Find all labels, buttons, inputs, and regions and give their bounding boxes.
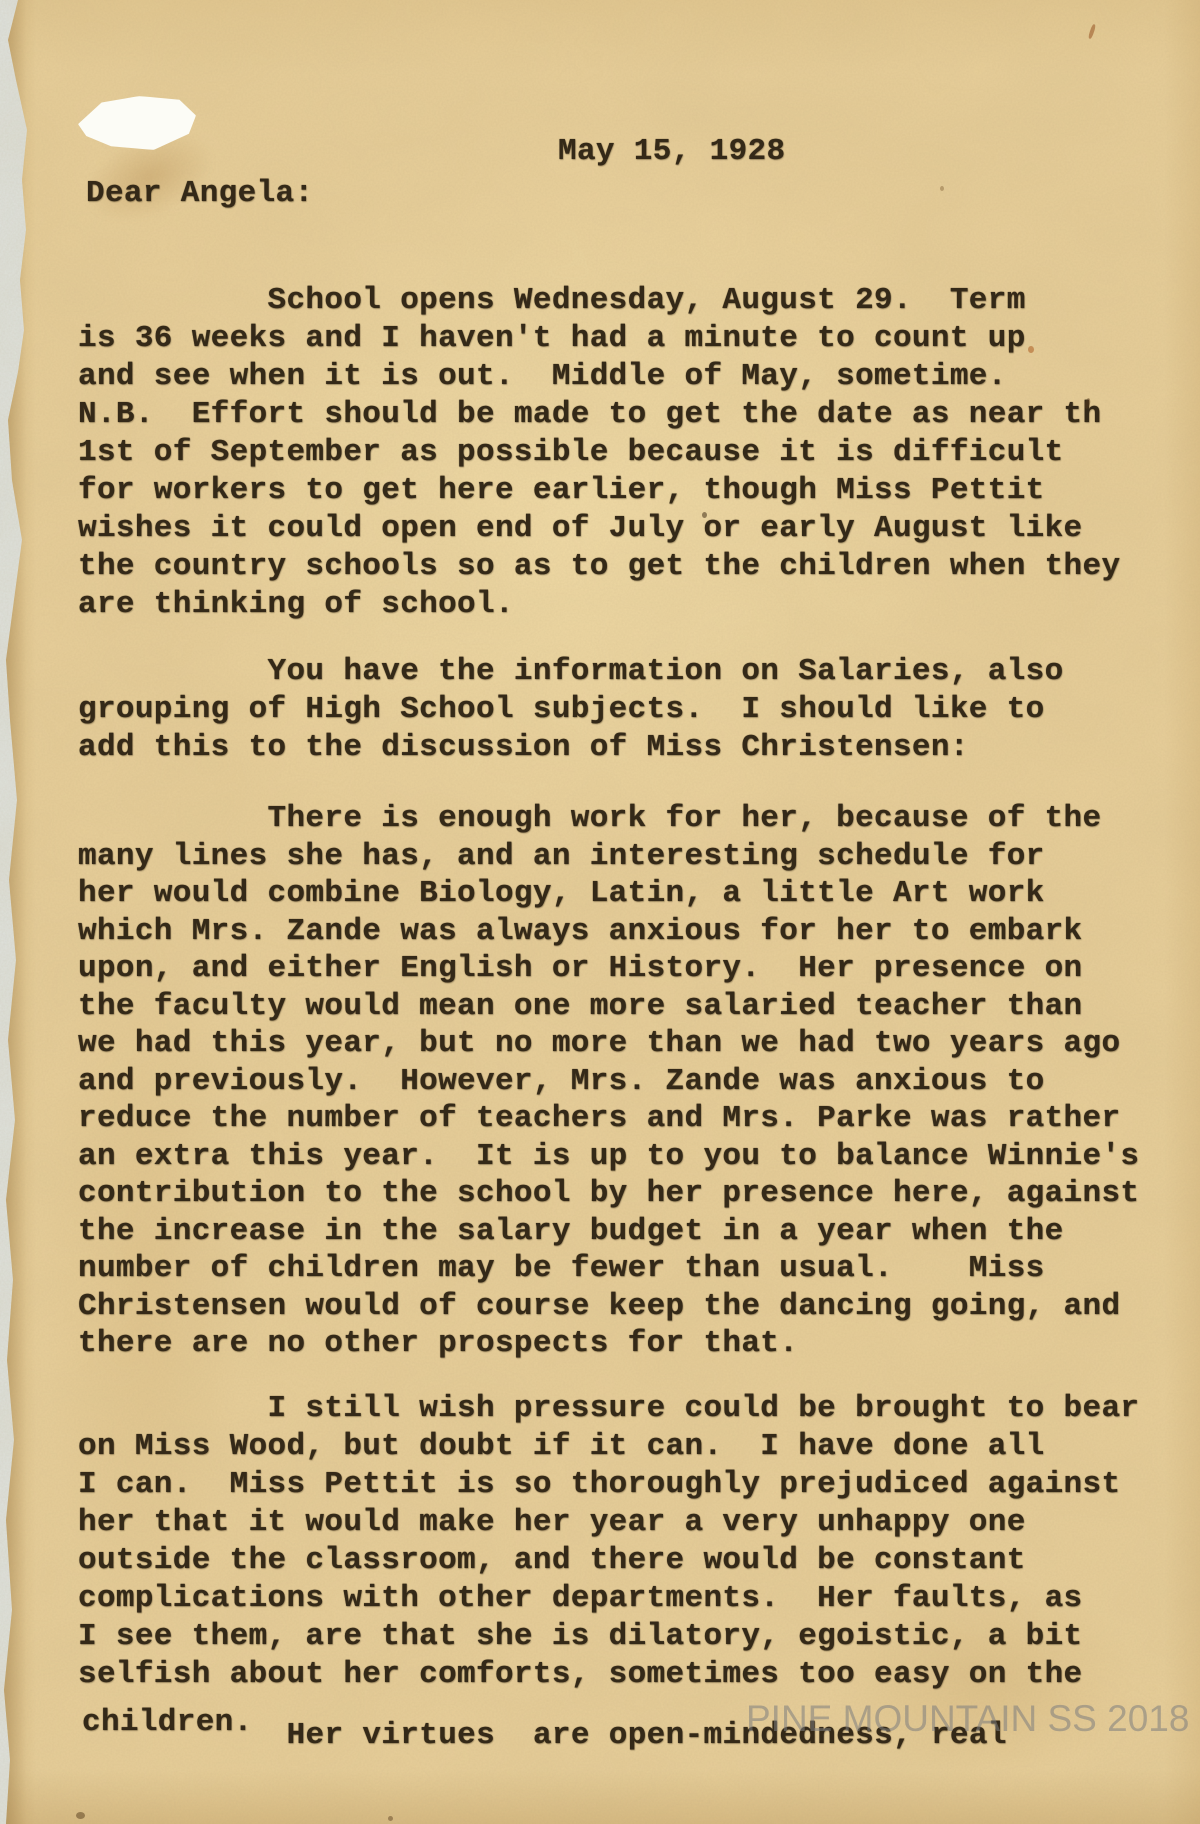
salutation: Dear Angela: (86, 176, 313, 211)
typed-line: her would combine Biology, Latin, a litt… (78, 875, 1139, 913)
typed-line: 1st of September as possible because it … (78, 434, 1120, 472)
typed-line: Christensen would of course keep the dan… (78, 1288, 1139, 1326)
typed-line: I see them, are that she is dilatory, eg… (78, 1618, 1139, 1656)
typed-line: the increase in the salary budget in a y… (78, 1213, 1139, 1251)
typed-line: the country schools so as to get the chi… (78, 548, 1120, 586)
ink-speck (702, 512, 707, 518)
typed-line: wishes it could open end of July or earl… (78, 510, 1120, 548)
typed-line: reduce the number of teachers and Mrs. P… (78, 1100, 1139, 1138)
typed-line: for workers to get here earlier, though … (78, 472, 1120, 510)
typed-line: There is enough work for her, because of… (78, 800, 1139, 838)
paragraph-1: School opens Wednesday, August 29. Termi… (78, 282, 1120, 624)
typed-line: add this to the discussion of Miss Chris… (78, 729, 1064, 767)
paragraph-3: There is enough work for her, because of… (78, 800, 1139, 1363)
typed-line: is 36 weeks and I haven't had a minute t… (78, 320, 1120, 358)
typed-line: You have the information on Salaries, al… (78, 653, 1064, 691)
paragraph-4: I still wish pressure could be brought t… (78, 1390, 1139, 1694)
ink-speck (1028, 346, 1034, 353)
typed-line: upon, and either English or History. Her… (78, 950, 1139, 988)
typed-line: I can. Miss Pettit is so thoroughly prej… (78, 1466, 1139, 1504)
typed-line: on Miss Wood, but doubt if it can. I hav… (78, 1428, 1139, 1466)
scanned-letter: May 15, 1928 Dear Angela: School opens W… (0, 0, 1200, 1824)
paper-fleck (388, 1816, 393, 1821)
typed-line: N.B. Effort should be made to get the da… (78, 396, 1120, 434)
paragraph-2: You have the information on Salaries, al… (78, 653, 1064, 767)
letter-date: May 15, 1928 (558, 134, 785, 169)
typed-line: grouping of High School subjects. I shou… (78, 691, 1064, 729)
typed-line: and previously. However, Mrs. Zande was … (78, 1063, 1139, 1101)
typed-line: contribution to the school by her presen… (78, 1175, 1139, 1213)
letter-text: May 15, 1928 Dear Angela: School opens W… (0, 0, 1200, 1824)
typed-line: selfish about her comforts, sometimes to… (78, 1656, 1139, 1694)
typed-line: her that it would make her year a very u… (78, 1504, 1139, 1542)
typed-line: are thinking of school. (78, 586, 1120, 624)
paper-fleck (940, 186, 944, 191)
typed-line: there are no other prospects for that. (78, 1325, 1139, 1363)
typed-line: complications with other departments. He… (78, 1580, 1139, 1618)
typed-line: we had this year, but no more than we ha… (78, 1025, 1139, 1063)
typed-line: and see when it is out. Middle of May, s… (78, 358, 1120, 396)
closing-word: children. (82, 1705, 253, 1740)
typed-line: outside the classroom, and there would b… (78, 1542, 1139, 1580)
typed-line: School opens Wednesday, August 29. Term (78, 282, 1120, 320)
paper-fleck (76, 1812, 85, 1819)
typed-line: the faculty would mean one more salaried… (78, 988, 1139, 1026)
typed-line: an extra this year. It is up to you to b… (78, 1138, 1139, 1176)
typed-line: I still wish pressure could be brought t… (78, 1390, 1139, 1428)
typed-line: number of children may be fewer than usu… (78, 1250, 1139, 1288)
watermark: PINE MOUNTAIN SS 2018 (746, 1697, 1189, 1741)
typed-line: many lines she has, and an interesting s… (78, 838, 1139, 876)
typed-line: which Mrs. Zande was always anxious for … (78, 913, 1139, 951)
